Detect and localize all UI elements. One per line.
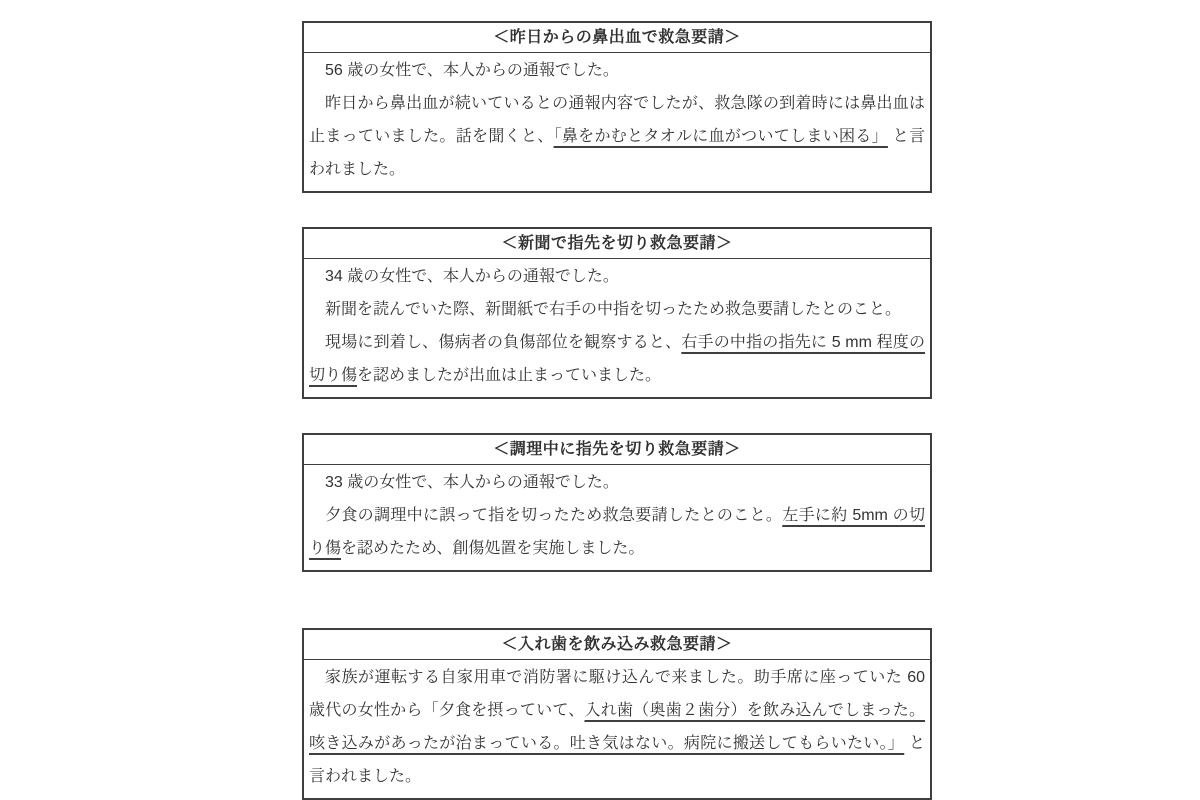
case-title-row: ＜調理中に指先を切り救急要請＞: [304, 435, 930, 465]
case-title: ＜調理中に指先を切り救急要請＞: [308, 440, 926, 460]
case-title-row: ＜昨日からの鼻出血で救急要請＞: [304, 23, 930, 53]
case-title-row: ＜新聞で指先を切り救急要請＞: [304, 229, 930, 259]
text-segment: を認めたため、創傷処置を実施しました。: [341, 540, 644, 557]
case-paragraph: 現場に到着し、傷病者の負傷部位を観察すると、右手の中指の指先に 5 mm 程度の…: [309, 326, 925, 392]
case-paragraph: 新聞を読んでいた際、新聞紙で右手の中指を切ったため救急要請したとのこと。: [309, 293, 925, 326]
text-segment: 33 歳の女性で、本人からの通報でした。: [325, 474, 619, 491]
text-segment: を認めましたが出血は止まっていました。: [357, 367, 661, 384]
case-body: 33 歳の女性で、本人からの通報でした。夕食の調理中に誤って指を切ったため救急要…: [304, 465, 930, 570]
case-box: ＜新聞で指先を切り救急要請＞ 34 歳の女性で、本人からの通報でした。新聞を読ん…: [302, 227, 932, 399]
case-title: ＜昨日からの鼻出血で救急要請＞: [308, 28, 926, 48]
case-box: ＜昨日からの鼻出血で救急要請＞ 56 歳の女性で、本人からの通報でした。昨日から…: [302, 21, 932, 193]
case-list: ＜昨日からの鼻出血で救急要請＞ 56 歳の女性で、本人からの通報でした。昨日から…: [302, 21, 932, 800]
case-paragraph: 夕食の調理中に誤って指を切ったため救急要請したとのこと。左手に約 5mm の切り…: [309, 499, 925, 565]
underlined-text: 「鼻をかむとタオルに血がついてしまい困る」: [554, 128, 888, 145]
text-segment: 34 歳の女性で、本人からの通報でした。: [325, 268, 619, 285]
case-box: ＜入れ歯を飲み込み救急要請＞ 家族が運転する自家用車で消防署に駆け込んで来ました…: [302, 628, 932, 800]
text-segment: 夕食の調理中に誤って指を切ったため救急要請したとのこと。: [325, 507, 782, 524]
case-paragraph: 家族が運転する自家用車で消防署に駆け込んで来ました。助手席に座っていた 60 歳…: [309, 661, 925, 793]
text-segment: 現場に到着し、傷病者の負傷部位を観察すると、: [325, 334, 681, 351]
case-box: ＜調理中に指先を切り救急要請＞ 33 歳の女性で、本人からの通報でした。夕食の調…: [302, 433, 932, 572]
case-title-row: ＜入れ歯を飲み込み救急要請＞: [304, 630, 930, 660]
case-body: 34 歳の女性で、本人からの通報でした。新聞を読んでいた際、新聞紙で右手の中指を…: [304, 259, 930, 397]
text-segment: 56 歳の女性で、本人からの通報でした。: [325, 62, 619, 79]
text-segment: 新聞を読んでいた際、新聞紙で右手の中指を切ったため救急要請したとのこと。: [325, 301, 901, 318]
case-title: ＜入れ歯を飲み込み救急要請＞: [308, 635, 926, 655]
case-paragraph: 昨日から鼻出血が続いているとの通報内容でしたが、救急隊の到着時には鼻出血は止まっ…: [309, 87, 925, 186]
case-body: 家族が運転する自家用車で消防署に駆け込んで来ました。助手席に座っていた 60 歳…: [304, 660, 930, 798]
case-body: 56 歳の女性で、本人からの通報でした。昨日から鼻出血が続いているとの通報内容で…: [304, 53, 930, 191]
case-paragraph: 34 歳の女性で、本人からの通報でした。: [309, 260, 925, 293]
case-paragraph: 33 歳の女性で、本人からの通報でした。: [309, 466, 925, 499]
case-title: ＜新聞で指先を切り救急要請＞: [308, 234, 926, 254]
case-paragraph: 56 歳の女性で、本人からの通報でした。: [309, 54, 925, 87]
document-page: ＜昨日からの鼻出血で救急要請＞ 56 歳の女性で、本人からの通報でした。昨日から…: [0, 0, 1200, 800]
